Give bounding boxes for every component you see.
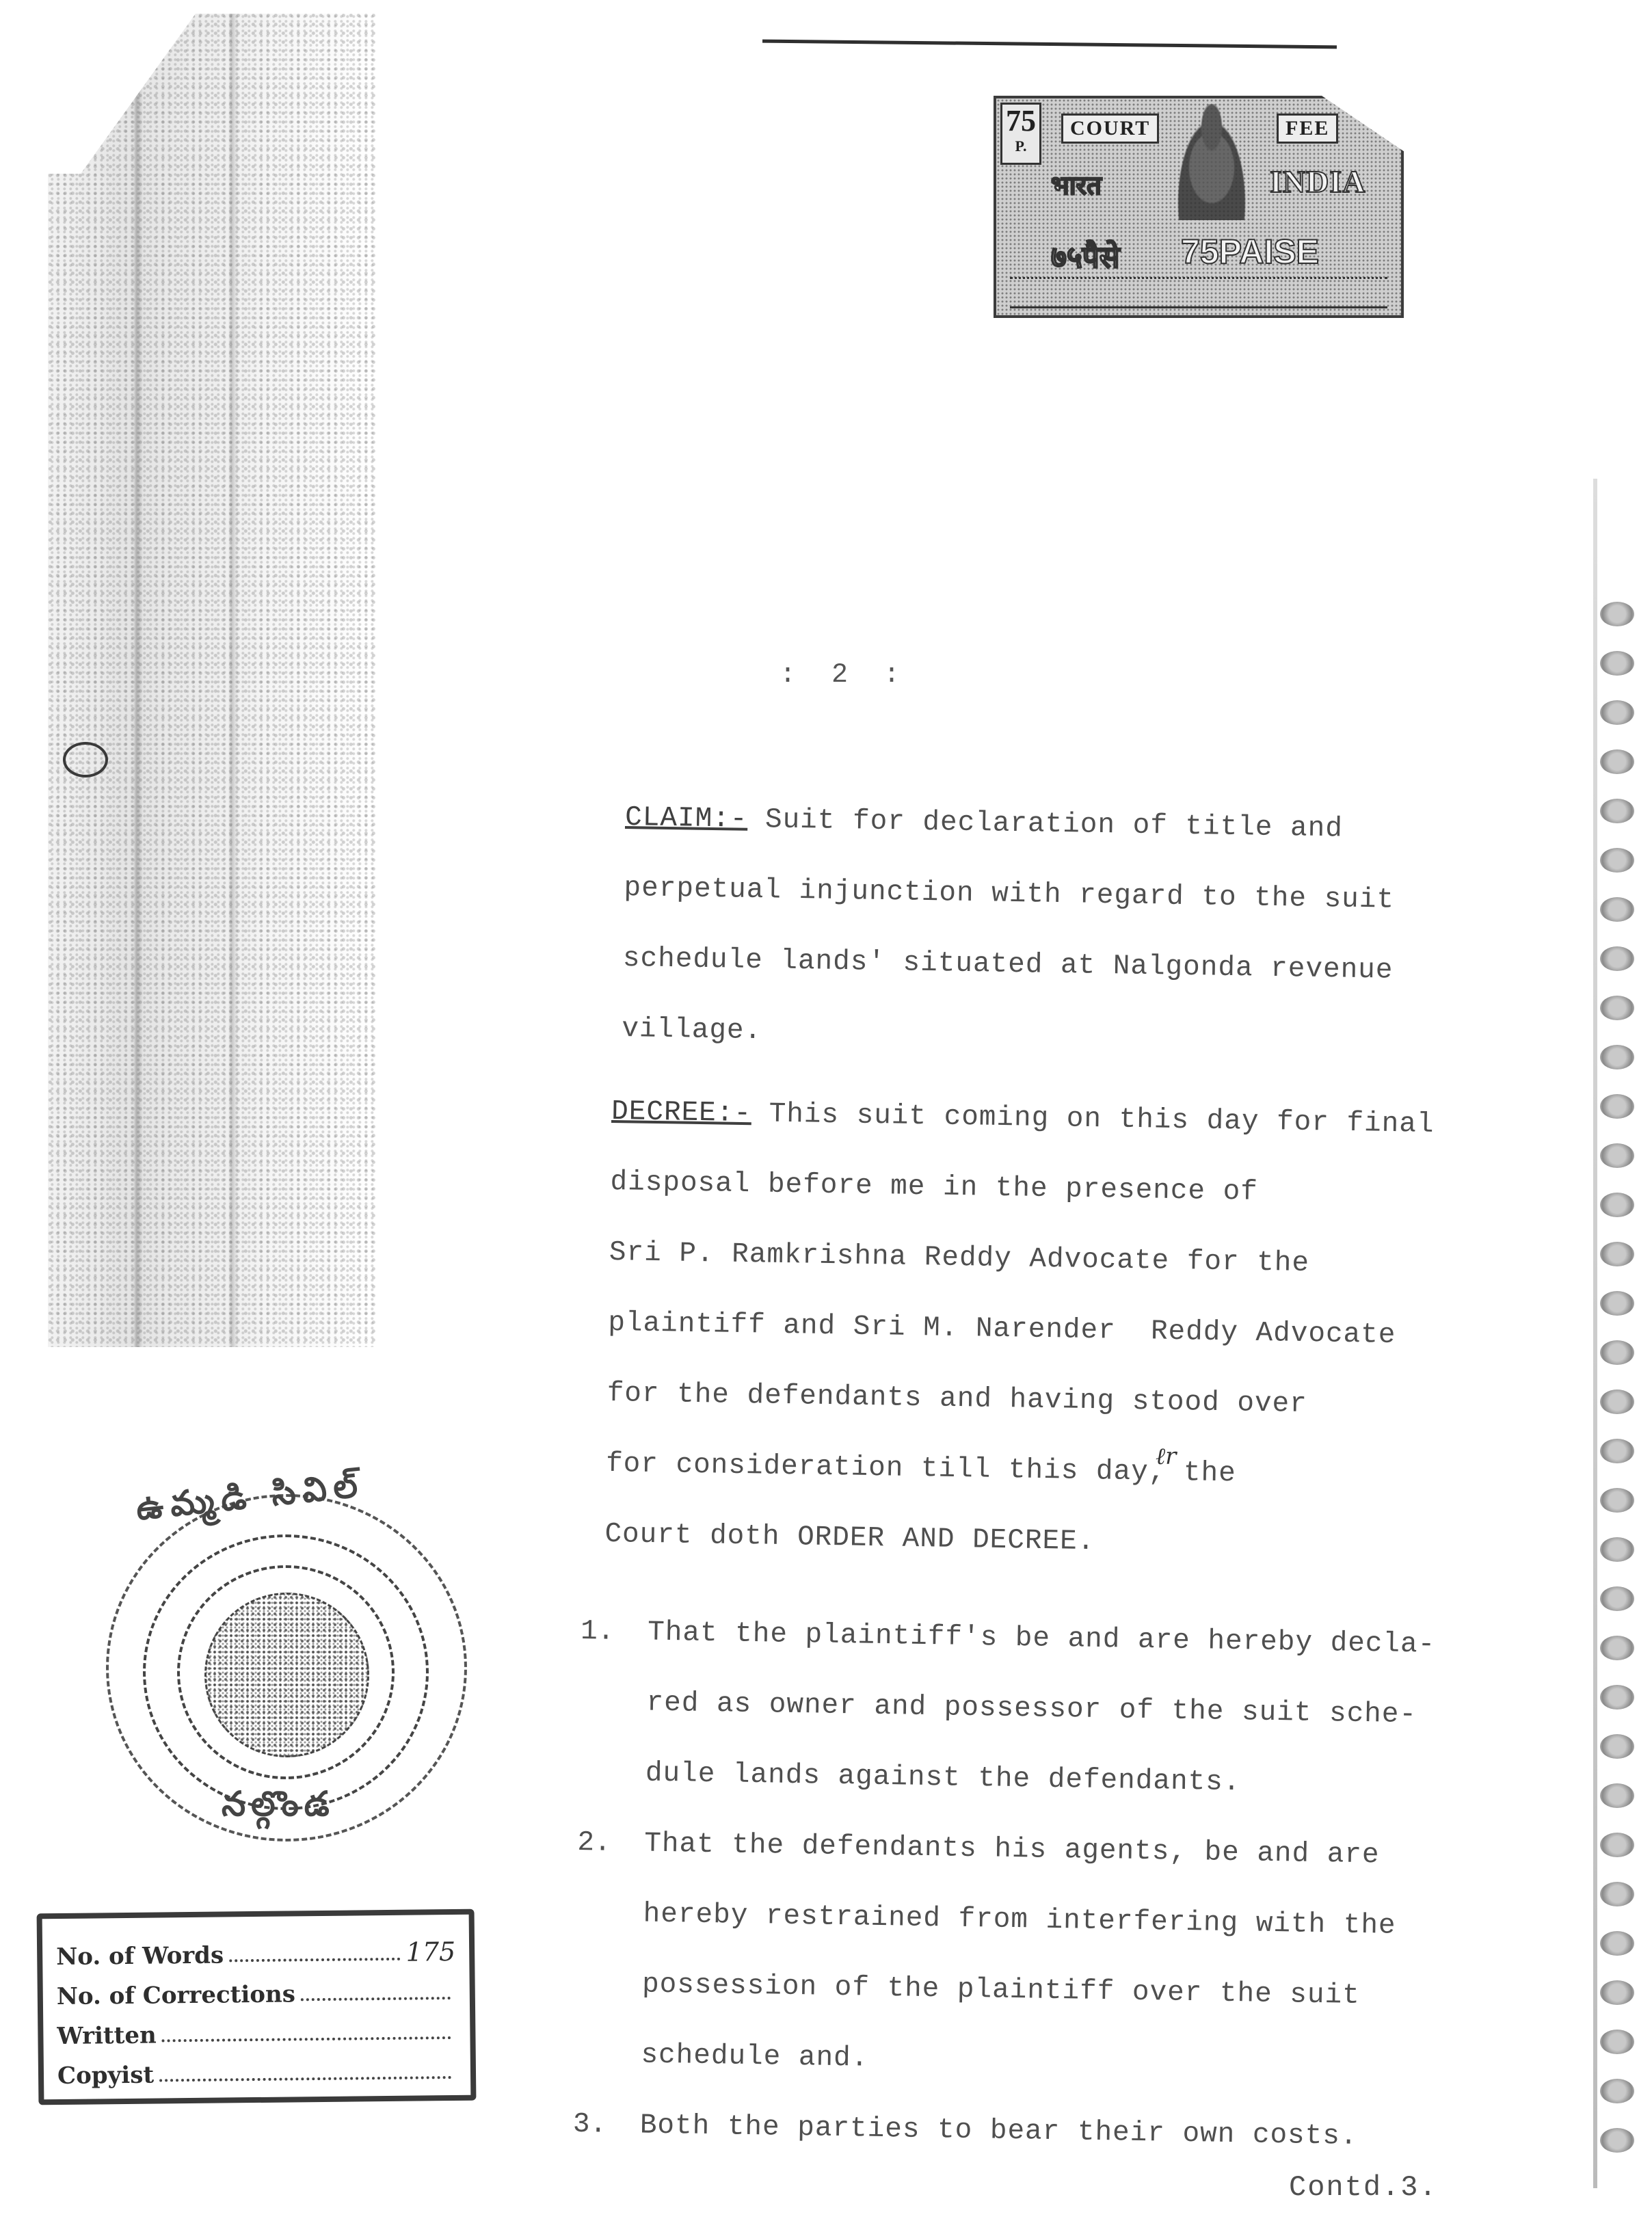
continuation-note: Contd.3. [1289,2171,1438,2204]
stamp-value-box: 75 P. [1000,103,1041,165]
stamp-denomination: 75PAISE [1181,232,1319,271]
binding-holes [1600,602,1648,2177]
court-fee-stamp: 75 P. COURT FEE भारत INDIA ७५पैसे 75PAIS… [994,96,1404,318]
claim-section: CLAIM:- Suit for declaration of title an… [622,783,1549,1079]
page-edge [1593,479,1597,2188]
seal-emblem-icon [204,1593,369,1757]
decree-section: DECREE:- This suit coming on this day fo… [604,1077,1583,1585]
national-emblem-icon [1171,104,1253,220]
stamp-label-court: COURT [1061,114,1159,144]
handwritten-initial: ℓr [1156,1443,1176,1470]
decree-line: Court doth ORDER AND DECREE. [604,1500,1576,1585]
claim-line: village. [622,994,1545,1079]
claim-label: CLAIM:- [625,802,748,836]
filing-row: Written [57,2006,457,2050]
order-number: 2. [577,1808,612,1879]
punch-hole [63,742,108,777]
seal-text-bottom: నల్గొండ [222,1784,335,1833]
photocopy-shadow [48,14,376,1347]
page-number: : 2 : [780,660,909,691]
order-number: 3. [572,2090,607,2161]
decree-label: DECREE:- [611,1096,752,1130]
seal-text-top: ఉమ్మడి సివిల్ [134,1465,367,1537]
order-item: 3. Both the parties to bear their own co… [572,2090,1564,2176]
stamp-country-hindi: भारत [1051,167,1102,202]
stamp-value: 75 [1002,105,1039,137]
claim-line: Suit for declaration of title and [765,804,1344,844]
court-seal: ఉమ్మడి సివిల్ నల్గొండ [106,1494,467,1841]
filing-label: No. of Words [56,1941,224,1971]
stamp-unit: P. [1002,137,1039,155]
filing-row: No. of Words 175 [56,1927,456,1971]
filing-label: Copyist [57,2062,154,2090]
filing-label: No. of Corrections [57,1980,295,2010]
order-number: 1. [580,1597,615,1668]
filing-label: Written [57,2022,157,2051]
filing-row: Copyist [57,2046,457,2090]
filing-stamp: No. of Words 175 No. of Corrections Writ… [37,1909,477,2105]
page-edge-line [762,40,1337,49]
stamp-denomination-hindi: ७५पैसे [1051,235,1120,276]
filing-row: No. of Corrections [56,1967,456,2010]
order-item: 2. That the defendants his agents, be an… [574,1808,1569,2105]
stamp-country: INDIA [1270,163,1365,200]
order-item: 1. That the plaintiff's be and are hereb… [578,1597,1573,1824]
stamp-label-fee: FEE [1277,114,1338,144]
stamp-ornament [1010,277,1387,308]
order-line: Both the parties to bear their own costs… [639,2090,1564,2175]
orders-list: 1. That the plaintiff's be and are hereb… [572,1597,1573,2176]
filing-value: 175 [405,1937,455,1967]
decree-line: This suit coming on this day for final [769,1099,1435,1141]
